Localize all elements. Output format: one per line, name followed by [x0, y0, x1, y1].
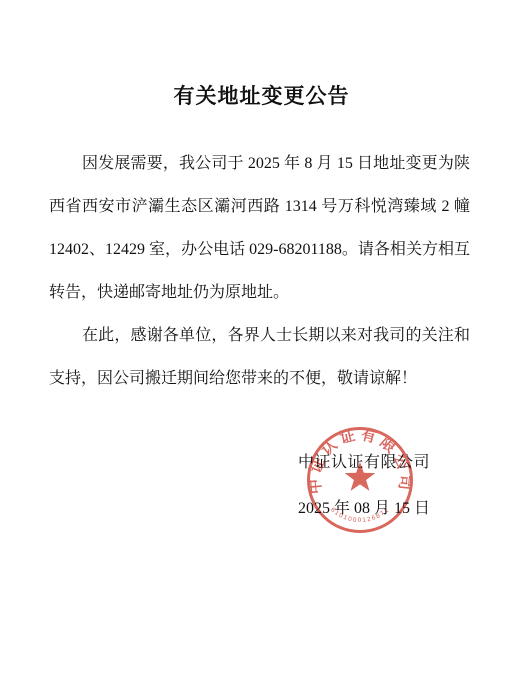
paragraph-line: 西省西安市浐灞生态区灞河西路 1314 号万科悦湾臻域 2 幢: [49, 185, 470, 228]
signature-company-name: 中证认证有限公司: [298, 453, 430, 473]
paragraph-line: 转告，快递邮寄地址仍为原地址。: [49, 271, 470, 314]
signature-date: 2025 年 08 月 15 日: [298, 499, 430, 519]
paragraph-line: 支持，因公司搬迁期间给您带来的不便，敬请谅解！: [49, 357, 470, 400]
announcement-document: 有关地址变更公告 因发展需要，我公司于 2025 年 8 月 15 日地址变更为…: [0, 0, 523, 680]
paragraph-line: 因发展需要，我公司于 2025 年 8 月 15 日地址变更为陕: [49, 142, 470, 185]
document-body: 因发展需要，我公司于 2025 年 8 月 15 日地址变更为陕 西省西安市浐灞…: [49, 142, 470, 400]
document-title: 有关地址变更公告: [0, 80, 523, 110]
paragraph-line: 在此，感谢各单位，各界人士长期以来对我司的关注和: [49, 314, 470, 357]
paragraph-line: 12402、12429 室，办公电话 029-68201188。请各相关方相互: [49, 228, 470, 271]
